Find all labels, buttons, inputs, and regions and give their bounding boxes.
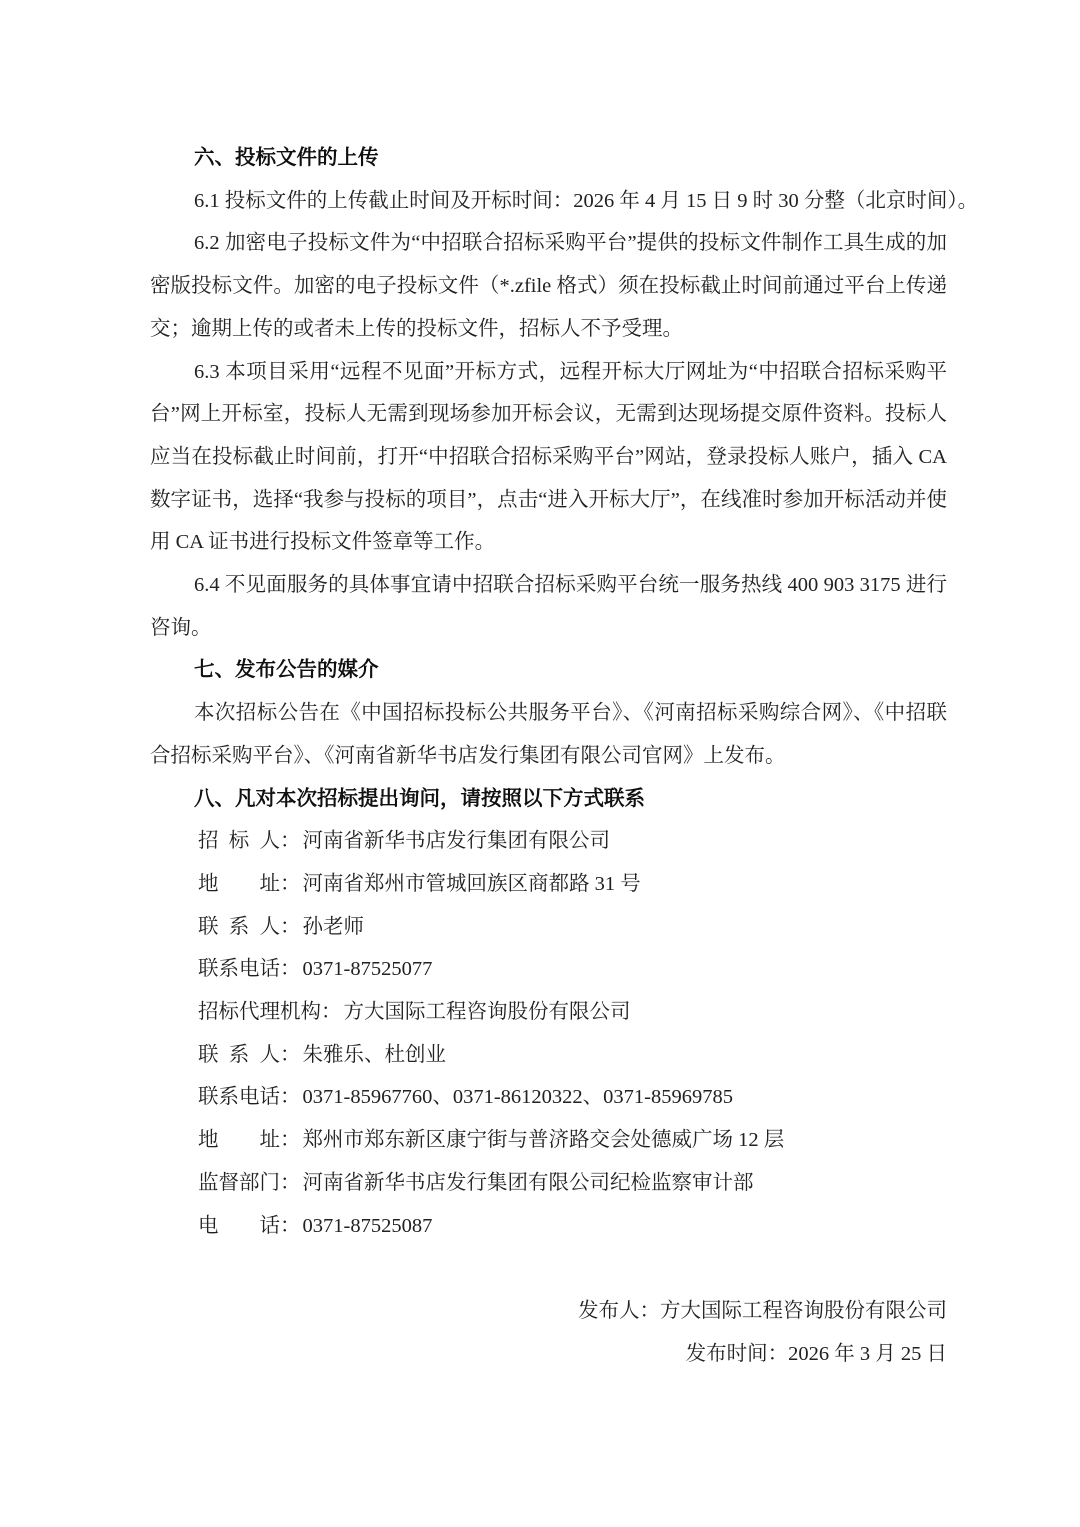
contact-colon: ： xyxy=(280,873,301,895)
contact-label: 联系人 xyxy=(198,906,280,949)
contact-label: 招标人 xyxy=(198,820,280,863)
contact-colon: ： xyxy=(280,1172,301,1194)
contact-row-tenderer-address: 地址：河南省郑州市管城回族区商都路 31 号 xyxy=(150,863,947,906)
contact-label: 监督部门 xyxy=(198,1162,280,1205)
clause-6-1: 6.1 投标文件的上传截止时间及开标时间：2026 年 4 月 15 日 9 时… xyxy=(150,180,947,223)
publisher-line: 发布人：方大国际工程咨询股份有限公司 xyxy=(150,1290,947,1333)
contact-colon: ： xyxy=(280,958,301,980)
contact-colon: ： xyxy=(280,1044,301,1066)
contact-value: 0371-87525077 xyxy=(303,958,433,980)
contact-value: 河南省新华书店发行集团有限公司纪检监察审计部 xyxy=(303,1172,754,1194)
clause-6-4: 6.4 不见面服务的具体事宜请中招联合招标采购平台统一服务热线 400 903 … xyxy=(150,564,947,649)
contact-colon: ： xyxy=(280,1129,301,1151)
contact-label: 电话 xyxy=(198,1205,280,1248)
contact-value: 河南省郑州市管城回族区商都路 31 号 xyxy=(303,873,641,895)
contact-label: 地址 xyxy=(198,863,280,906)
contact-value: 方大国际工程咨询股份有限公司 xyxy=(344,1001,631,1023)
contact-label: 招标代理机构 xyxy=(198,991,321,1034)
contact-row-agency: 招标代理机构：方大国际工程咨询股份有限公司 xyxy=(150,991,947,1034)
contact-row-agency-person: 联系人：朱雅乐、杜创业 xyxy=(150,1034,947,1077)
contact-row-supervision-phone: 电话：0371-87525087 xyxy=(150,1205,947,1248)
clause-6-2: 6.2 加密电子投标文件为“中招联合招标采购平台”提供的投标文件制作工具生成的加… xyxy=(150,222,947,350)
contact-colon: ： xyxy=(280,1215,301,1237)
contact-row-tenderer-person: 联系人：孙老师 xyxy=(150,906,947,949)
contact-value: 孙老师 xyxy=(303,916,365,938)
section-7-heading: 七、发布公告的媒介 xyxy=(150,649,947,692)
contact-value: 朱雅乐、杜创业 xyxy=(303,1044,447,1066)
contact-row-agency-address: 地址：郑州市郑东新区康宁街与普济路交会处德威广场 12 层 xyxy=(150,1119,947,1162)
contact-value: 0371-87525087 xyxy=(303,1215,433,1237)
blank-line xyxy=(150,1247,947,1290)
contact-colon: ： xyxy=(280,830,301,852)
contact-colon: ： xyxy=(280,916,301,938)
contact-value: 郑州市郑东新区康宁街与普济路交会处德威广场 12 层 xyxy=(303,1129,785,1151)
clause-6-3: 6.3 本项目采用“远程不见面”开标方式，远程开标大厅网址为“中招联合招标采购平… xyxy=(150,351,947,565)
contact-label: 联系电话 xyxy=(198,948,280,991)
contact-row-supervision-dept: 监督部门：河南省新华书店发行集团有限公司纪检监察审计部 xyxy=(150,1162,947,1205)
contact-label: 联系人 xyxy=(198,1034,280,1077)
contact-label: 联系电话 xyxy=(198,1076,280,1119)
contact-label: 地址 xyxy=(198,1119,280,1162)
contact-value: 0371-85967760、0371-86120322、0371-8596978… xyxy=(303,1086,733,1108)
publish-date-line: 发布时间：2026 年 3 月 25 日 xyxy=(150,1333,947,1376)
section-8-heading: 八、凡对本次招标提出询问，请按照以下方式联系 xyxy=(150,778,947,821)
section-7-paragraph: 本次招标公告在《中国招标投标公共服务平台》、《河南招标采购综合网》、《中招联合招… xyxy=(150,692,947,777)
contact-row-tenderer: 招标人：河南省新华书店发行集团有限公司 xyxy=(150,820,947,863)
contact-colon: ： xyxy=(280,1086,301,1108)
document-content: 六、投标文件的上传 6.1 投标文件的上传截止时间及开标时间：2026 年 4 … xyxy=(150,137,947,1376)
contact-row-tenderer-phone: 联系电话：0371-87525077 xyxy=(150,948,947,991)
contact-colon: ： xyxy=(321,1001,342,1023)
contact-value: 河南省新华书店发行集团有限公司 xyxy=(303,830,611,852)
document-page: 六、投标文件的上传 6.1 投标文件的上传截止时间及开标时间：2026 年 4 … xyxy=(0,0,1080,1527)
contact-row-agency-phone: 联系电话：0371-85967760、0371-86120322、0371-85… xyxy=(150,1076,947,1119)
section-6-heading: 六、投标文件的上传 xyxy=(150,137,947,180)
